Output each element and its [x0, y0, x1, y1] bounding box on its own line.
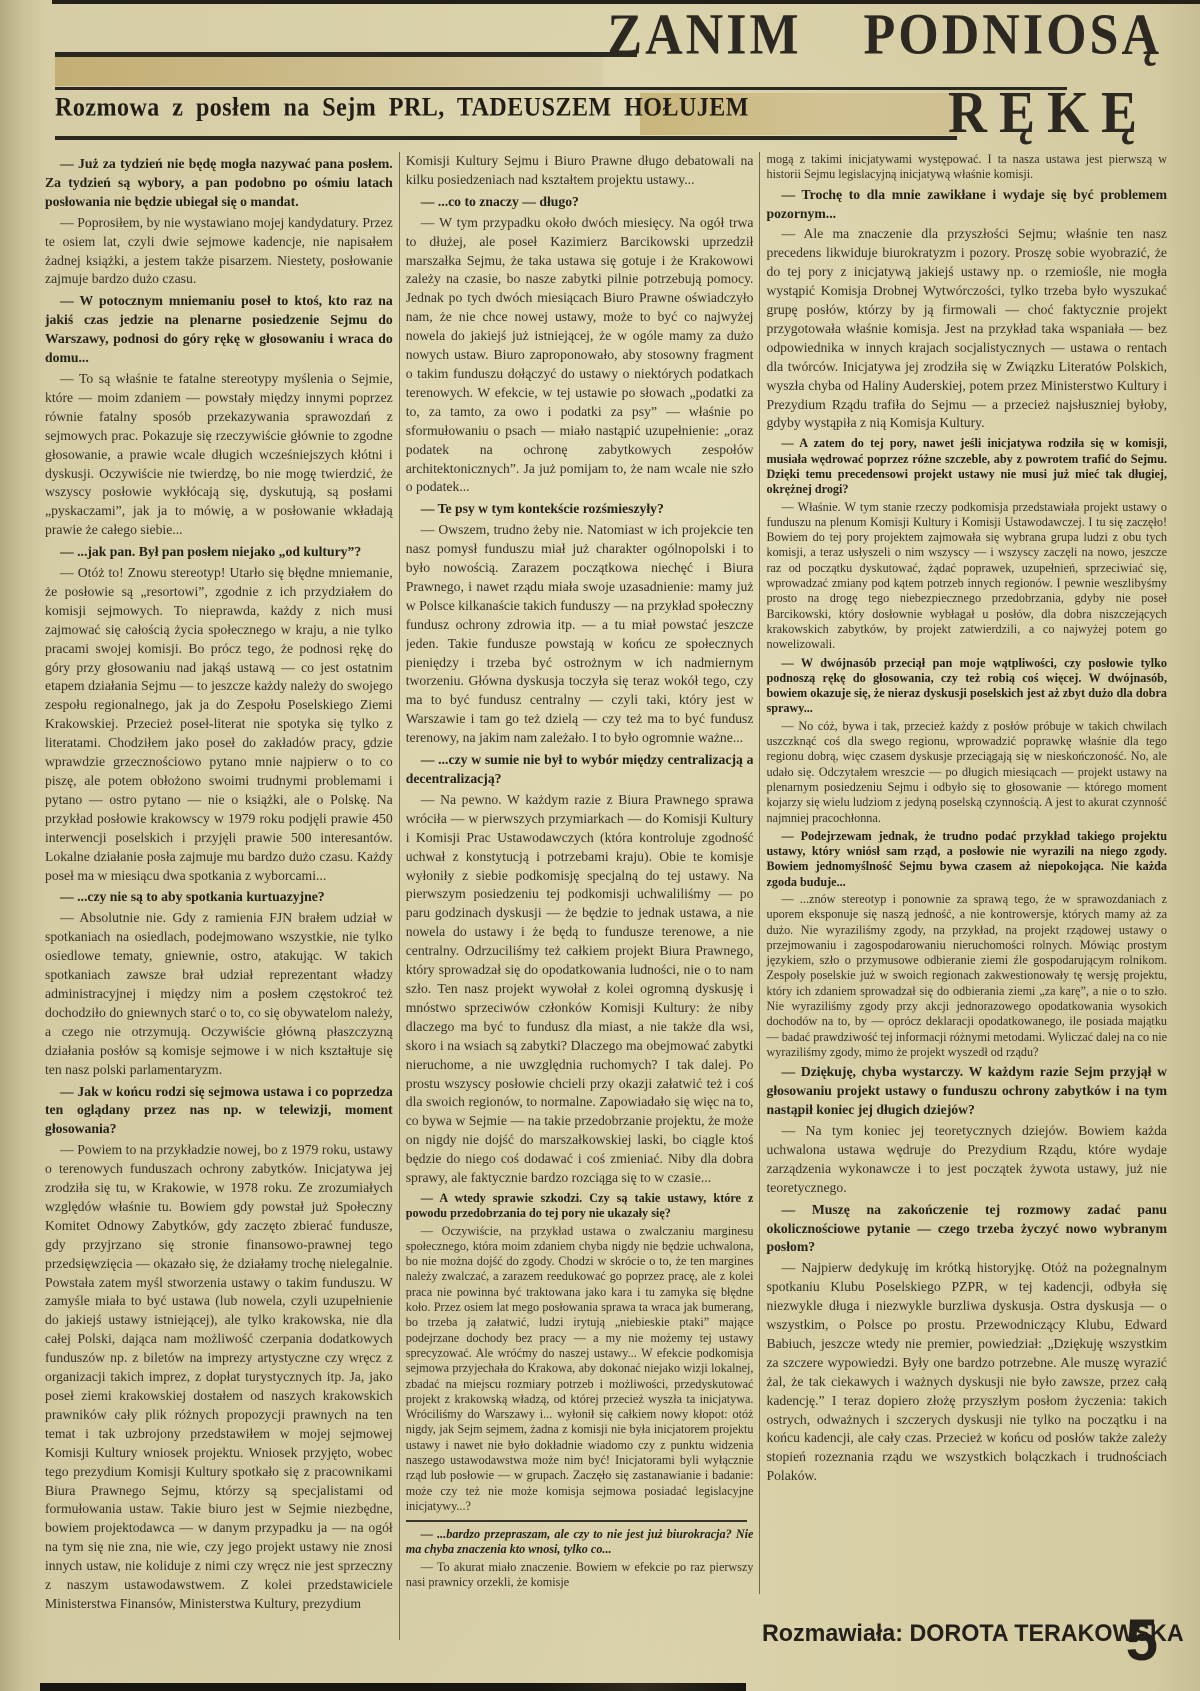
interview-question: — ...co to znaczy — długo? — [406, 193, 754, 212]
interview-answer: — ...znów stereotyp i ponownie za sprawą… — [766, 892, 1167, 1060]
masthead: ZANIM PODNIOSĄ Rozmowa z posłem na Sejm … — [0, 0, 1200, 150]
interview-answer: — Poprosiłem, by nie wystawiano mojej ka… — [45, 214, 393, 290]
interview-question: — Trochę to dla mnie zawikłane i wydaje … — [766, 186, 1167, 224]
newspaper-page: { "masthead": { "title_line1": "ZANIM PO… — [0, 0, 1200, 1691]
article-column-3: mogą z takimi inicjatywami występować. I… — [766, 152, 1167, 1600]
interview-answer: — To akurat miało znaczenie. Bowiem w ef… — [406, 1560, 754, 1591]
interview-answer: — Owszem, trudno żeby nie. Natomiast w i… — [406, 521, 754, 748]
interview-answer: — Na tym koniec jej teoretycznych dziejó… — [766, 1122, 1167, 1198]
interview-question: — W potocznym mniemaniu poseł to ktoś, k… — [45, 292, 393, 368]
interview-question: — Jak w końcu rodzi się sejmowa ustawa i… — [45, 1083, 393, 1140]
interview-question: — ...czy nie są to aby spotkania kurtuaz… — [45, 888, 393, 907]
bottom-black-bar — [40, 1683, 746, 1691]
interview-answer: — Najpierw dedykuję im krótką historyjkę… — [766, 1259, 1167, 1486]
interview-answer: — To są właśnie te fatalne stereotypy my… — [45, 370, 393, 540]
article-body: — Już za tydzień nie będę mogła nazywać … — [45, 152, 1167, 1644]
interview-question: — A zatem do tej pory, nawet jeśli inicj… — [766, 436, 1167, 497]
kicker-subtitle: Rozmowa z posłem na Sejm PRL, TADEUSZEM … — [55, 93, 755, 123]
interview-answer: — Oczywiście, na przykład ustawa o zwalc… — [406, 1224, 754, 1515]
article-column-2: Komisji Kultury Sejmu i Biuro Prawne dłu… — [406, 152, 754, 1640]
paper-left-edge — [0, 0, 30, 1691]
interview-answer: — W tym przypadku około dwóch miesięcy. … — [406, 214, 754, 498]
masthead-tan-box-1 — [55, 57, 603, 86]
interview-answer: — Ale ma znaczenie dla przyszłości Sejmu… — [766, 225, 1167, 433]
interview-question: — A wtedy sprawie szkodzi. Czy są takie … — [406, 1191, 754, 1222]
interview-question: — ...jak pan. Był pan posłem niejako „od… — [45, 543, 393, 562]
interview-answer: — Właśnie. W tym stanie rzeczy podkomisj… — [766, 500, 1167, 653]
interview-question: — W dwójnasób przeciął pan moje wątpliwo… — [766, 656, 1167, 717]
interview-question: — Muszę na zakończenie tej rozmowy zadać… — [766, 1201, 1167, 1258]
inline-separator-rule — [406, 1520, 747, 1522]
article-column-1: — Już za tydzień nie będę mogła nazywać … — [45, 152, 393, 1640]
column-divider — [759, 152, 760, 1594]
interview-answer: mogą z takimi inicjatywami występować. I… — [766, 152, 1167, 183]
byline: Rozmawiała: DOROTA TERAKOWSKA — [762, 1620, 1155, 1648]
interview-answer: — Otóż to! Znowu stereotyp! Utarło się b… — [45, 564, 393, 885]
interview-answer: — Absolutnie nie. Gdy z ramienia FJN bra… — [45, 909, 393, 1079]
column-divider — [399, 152, 400, 1640]
headline-line-2: RĘKĘ — [948, 78, 1198, 146]
interview-question: — Te psy w tym kontekście rozśmieszyły? — [406, 500, 754, 519]
masthead-rule-b — [55, 87, 1067, 90]
interview-question: — ...czy w sumie nie był to wybór między… — [406, 751, 754, 789]
interview-answer: Komisji Kultury Sejmu i Biuro Prawne dłu… — [406, 152, 754, 190]
interview-question: — ...bardzo przepraszam, ale czy to nie … — [406, 1527, 754, 1558]
interview-answer: — No cóż, bywa i tak, przecież każdy z p… — [766, 719, 1167, 826]
interview-question: — Już za tydzień nie będę mogła nazywać … — [45, 155, 393, 212]
interview-question: — Podejrzewam jednak, że trudno podać pr… — [766, 829, 1167, 890]
page-number: 5 — [1126, 1612, 1158, 1670]
interview-answer: — Powiem to na przykładzie nowej, bo z 1… — [45, 1141, 393, 1614]
interview-answer: — Na pewno. W każdym razie z Biura Prawn… — [406, 791, 754, 1188]
interview-question: — Dziękuję, chyba wystarczy. W każdym ra… — [766, 1063, 1167, 1120]
masthead-rule-c — [55, 136, 957, 140]
